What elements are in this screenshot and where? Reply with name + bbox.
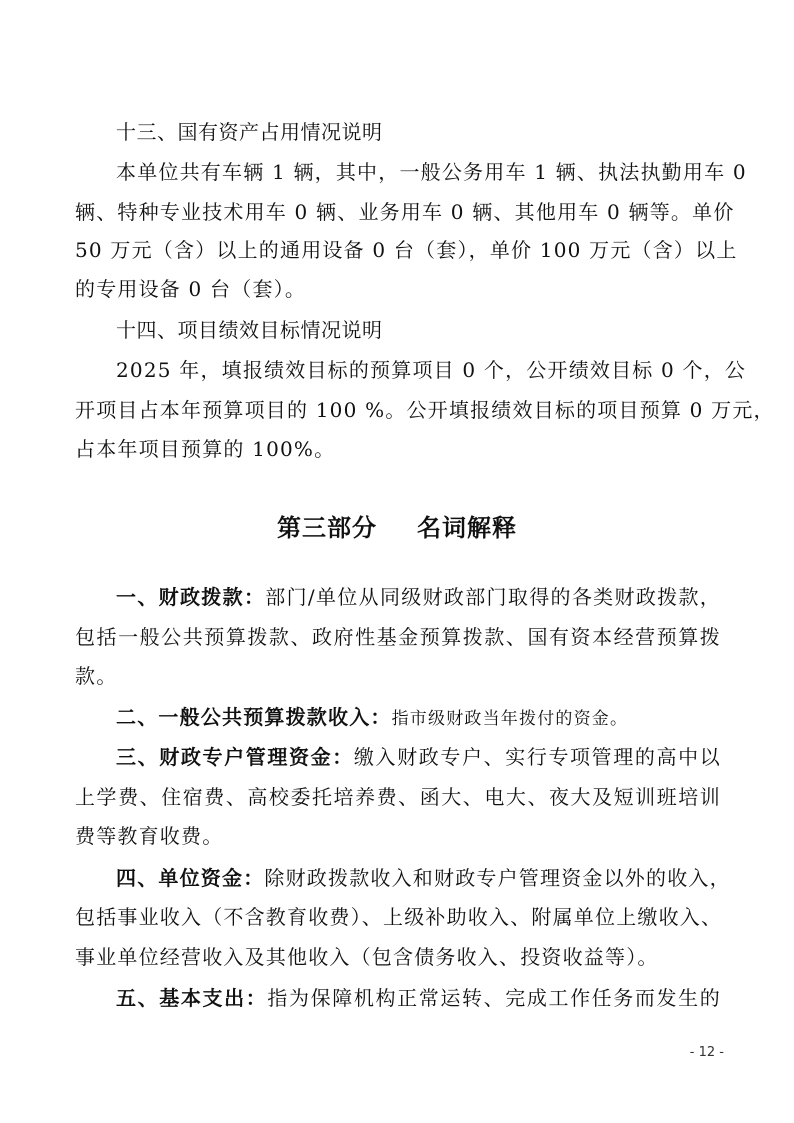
term-label: 三、财政专户管理资金： <box>116 745 354 769</box>
paragraph-line: 上学费、住宿费、高校委托培养费、函大、电大、夜大及短训班培训 <box>75 785 721 809</box>
paragraph-line: 的专用设备 0 台（套）。 <box>75 277 721 301</box>
part-3-title: 第三部分名词解释 <box>0 513 794 543</box>
paragraph-line: 辆、特种专业技术用车 0 辆、业务用车 0 辆、其他用车 0 辆等。单价 <box>75 200 721 224</box>
term-label: 一、财政拨款： <box>116 585 265 609</box>
section-14-heading: 十四、项目绩效目标情况说明 <box>116 318 721 342</box>
term-definition: 部门/单位从同级财政部门取得的各类财政拨款， <box>265 585 721 609</box>
paragraph-line: 占本年项目预算的 100%。 <box>75 437 721 461</box>
paragraph-line: 开项目占本年预算项目的 100 %。公开填报绩效目标的项目预算 0 万元， <box>75 398 721 422</box>
part-3-title-right: 名词解释 <box>417 513 517 542</box>
term-1-line: 一、财政拨款：部门/单位从同级财政部门取得的各类财政拨款， <box>116 585 721 609</box>
paragraph-line: 事业单位经营收入及其他收入（包含债务收入、投资收益等）。 <box>75 945 721 969</box>
section-13-heading: 十三、国有资产占用情况说明 <box>116 120 721 144</box>
term-4-line: 四、单位资金：除财政拨款收入和财政专户管理资金以外的收入， <box>116 866 721 890</box>
paragraph-line: 费等教育收费。 <box>75 824 721 848</box>
term-definition: 缴入财政专户、实行专项管理的高中以 <box>354 745 721 769</box>
term-label: 四、单位资金： <box>116 866 264 890</box>
term-5-line: 五、基本支出：指为保障机构正常运转、完成工作任务而发生的 <box>116 986 721 1010</box>
term-definition: 除财政拨款收入和财政专户管理资金以外的收入， <box>264 866 730 890</box>
paragraph-line: 包括一般公共预算拨款、政府性基金预算拨款、国有资本经营预算拨 <box>75 625 721 649</box>
term-label: 二、一般公共预算拨款收入： <box>116 705 392 729</box>
term-3-line: 三、财政专户管理资金：缴入财政专户、实行专项管理的高中以 <box>116 745 721 769</box>
paragraph-line: 包括事业收入（不含教育收费）、上级补助收入、附属单位上缴收入、 <box>75 905 721 929</box>
term-label: 五、基本支出： <box>116 986 267 1010</box>
paragraph-line: 本单位共有车辆 1 辆，其中，一般公务用车 1 辆、执法执勤用车 0 <box>116 160 721 184</box>
paragraph-line: 2025 年，填报绩效目标的预算项目 0 个，公开绩效目标 0 个，公 <box>116 358 721 382</box>
part-3-title-left: 第三部分 <box>277 513 377 542</box>
paragraph-line: 50 万元（含）以上的通用设备 0 台（套），单价 100 万元（含）以上 <box>75 238 721 262</box>
term-definition: 指为保障机构正常运转、完成工作任务而发生的 <box>267 986 721 1010</box>
term-2-line: 二、一般公共预算拨款收入：指市级财政当年拨付的资金。 <box>116 705 721 731</box>
term-definition: 指市级财政当年拨付的资金。 <box>392 709 629 729</box>
page-number: - 12 - <box>690 1045 724 1060</box>
paragraph-line: 款。 <box>75 664 721 688</box>
document-page: 十三、国有资产占用情况说明 本单位共有车辆 1 辆，其中，一般公务用车 1 辆、… <box>0 0 794 1123</box>
